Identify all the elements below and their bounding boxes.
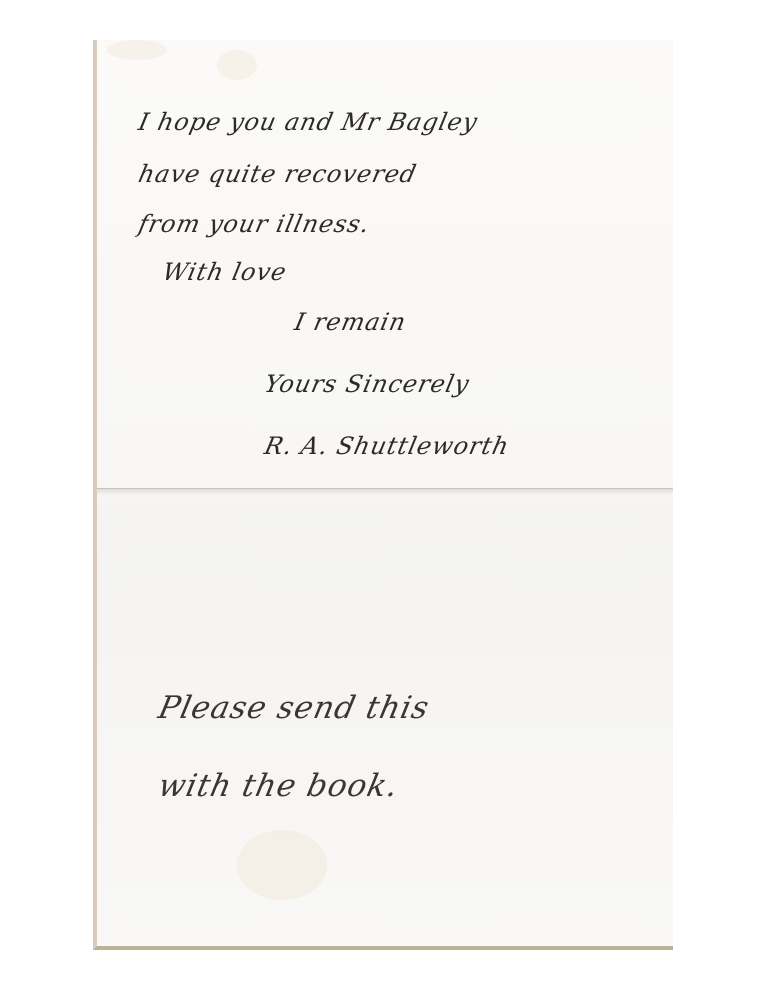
note-line-2: with the book. [155,768,402,804]
letter-valediction: Yours Sincerely [262,370,472,398]
letter-closing: With love [160,258,289,286]
paper-stain [217,50,257,80]
letter-line-2: have quite recovered [136,160,419,188]
paper-stain [237,830,327,900]
letter-paper: I hope you and Mr Bagley have quite reco… [93,40,673,950]
paper-fold-line [97,488,673,495]
note-line-1: Please send this [155,690,433,726]
paper-stain [107,40,167,60]
letter-line-3: from your illness. [136,210,373,238]
letter-remain: I remain [292,308,409,336]
letter-line-1: I hope you and Mr Bagley [136,108,480,136]
letter-signature: R. A. Shuttleworth [262,432,512,460]
